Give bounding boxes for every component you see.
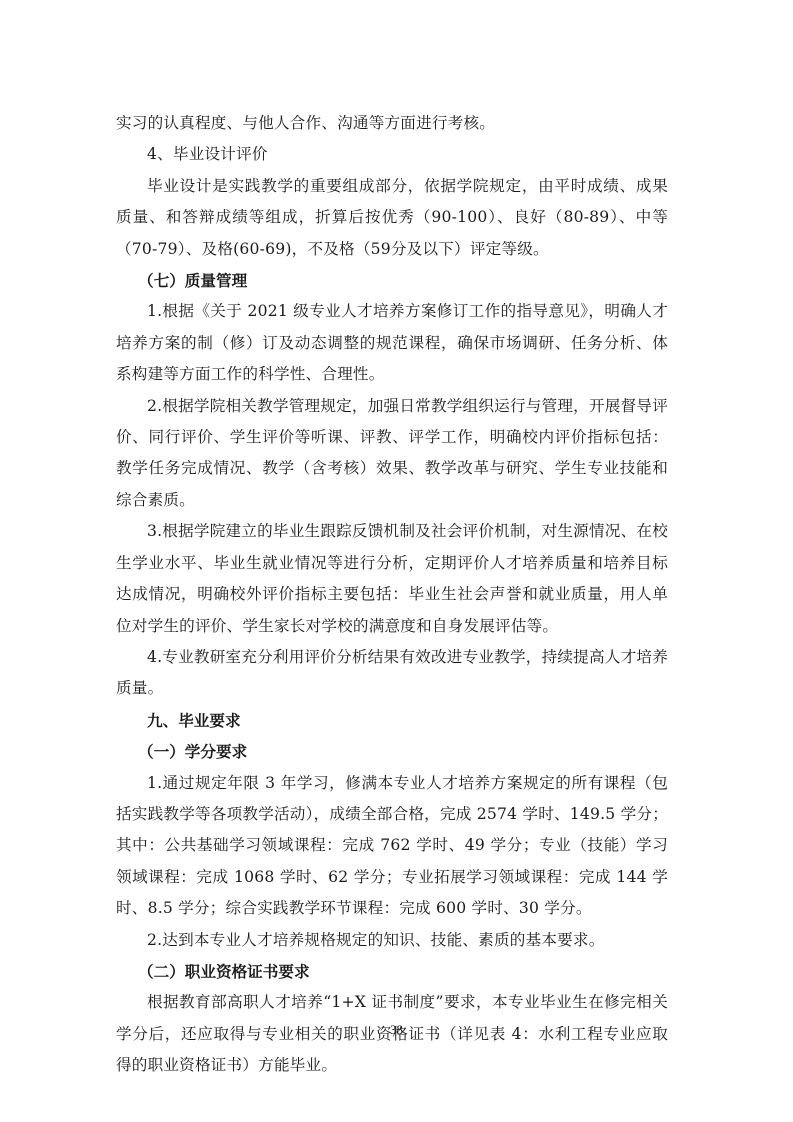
heading-certificate-requirements: （二）职业资格证书要求: [116, 956, 668, 987]
paragraph-quality-3: 3.根据学院建立的毕业生跟踪反馈机制及社会评价机制，对生源情况、在校生学业水平、…: [116, 516, 668, 642]
subheading-graduation-design-evaluation: 4、毕业设计评价: [116, 139, 668, 170]
paragraph-graduation-design: 毕业设计是实践教学的重要组成部分，依据学院规定，由平时成绩、成果质量、和答辩成绩…: [116, 171, 668, 265]
heading-quality-management: （七）质量管理: [116, 265, 668, 296]
paragraph-quality-4: 4.专业教研室充分利用评价分析结果有效改进专业教学，持续提高人才培养质量。: [116, 642, 668, 705]
paragraph-credit-1: 1.通过规定年限 3 年学习，修满本专业人才培养方案规定的所有课程（包括实践教学…: [116, 768, 668, 925]
paragraph-quality-2: 2.根据学院相关教学管理规定，加强日常教学组织运行与管理，开展督导评价、同行评价…: [116, 391, 668, 517]
section-heading-graduation-requirements: 九、毕业要求: [116, 705, 668, 736]
paragraph-internship-assessment-end: 实习的认真程度、与他人合作、沟通等方面进行考核。: [116, 108, 668, 139]
paragraph-credit-2: 2.达到本专业人才培养规格规定的知识、技能、素质的基本要求。: [116, 925, 668, 956]
page-number: 38: [0, 1022, 793, 1038]
paragraph-quality-1: 1.根据《关于 2021 级专业人才培养方案修订工作的指导意见》，明确人才培养方…: [116, 296, 668, 390]
heading-credit-requirements: （一）学分要求: [116, 736, 668, 767]
document-body: 实习的认真程度、与他人合作、沟通等方面进行考核。 4、毕业设计评价 毕业设计是实…: [116, 108, 668, 1082]
